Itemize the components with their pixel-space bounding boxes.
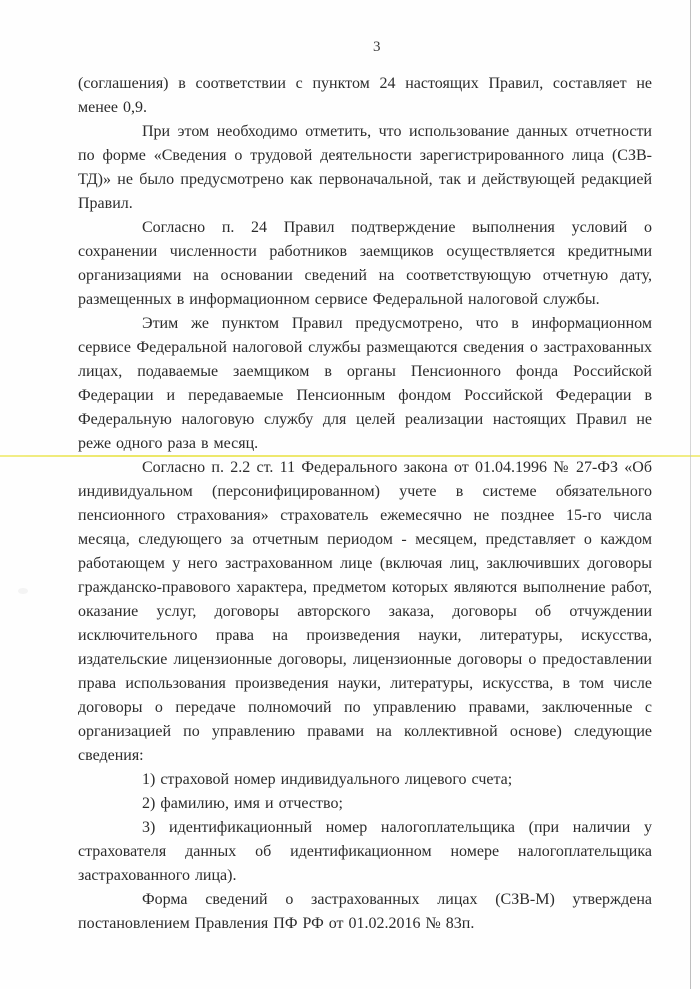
list-item: 1) страховой номер индивидуального лицев…: [78, 768, 652, 792]
paragraph-continuation: (соглашения) в соответствии с пунктом 24…: [78, 72, 652, 120]
paragraph: Согласно п. 2.2 ст. 11 Федерального зако…: [78, 456, 652, 768]
paragraph: Согласно п. 24 Правил подтверждение выпо…: [78, 216, 652, 312]
list-item: 3) идентификационный номер налогоплатель…: [78, 816, 652, 888]
scan-smudge-artifact: [18, 588, 28, 594]
scanned-document-page: 3 (соглашения) в соответствии с пунктом …: [0, 0, 700, 989]
paragraph: Этим же пунктом Правил предусмотрено, чт…: [78, 312, 652, 456]
page-number: 3: [0, 39, 700, 56]
list-item: 2) фамилию, имя и отчество;: [78, 792, 652, 816]
document-body: (соглашения) в соответствии с пунктом 24…: [78, 72, 652, 936]
paragraph: При этом необходимо отметить, что исполь…: [78, 120, 652, 216]
paragraph: Форма сведений о застрахованных лицах (С…: [78, 888, 652, 936]
scan-edge-artifact: [690, 0, 691, 989]
